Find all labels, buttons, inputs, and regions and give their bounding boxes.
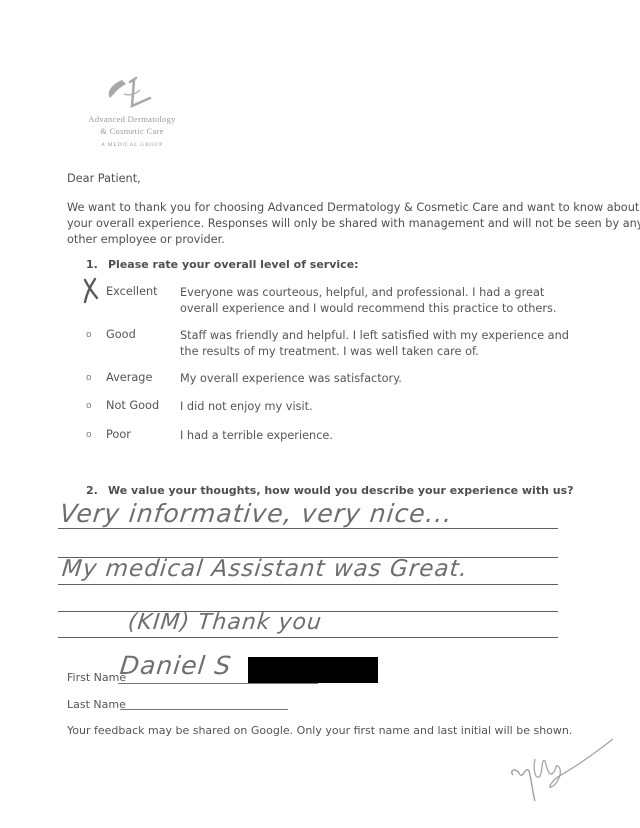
handwritten-response-line[interactable]: Very informative, very nice...: [58, 499, 454, 528]
stylized-figure-logo-icon: [100, 76, 160, 114]
option-not-good-label[interactable]: Not Good: [106, 399, 159, 412]
question-text: We value your thoughts, how would you de…: [108, 484, 574, 497]
last-name-label: Last Name: [67, 698, 126, 711]
option-excellent-label[interactable]: Excellent: [106, 285, 158, 298]
handwritten-x-mark-icon[interactable]: [80, 276, 102, 304]
letterhead-line1: Advanced Dermatology: [72, 114, 192, 124]
greeting: Dear Patient,: [67, 171, 141, 186]
option-good-desc: Staff was friendly and helpful. I left s…: [180, 328, 569, 359]
option-average-desc: My overall experience was satisfactory.: [180, 371, 402, 387]
option-good-radio[interactable]: o: [86, 330, 92, 340]
intro-line: other employee or provider.: [67, 232, 640, 248]
writing-line: [58, 528, 558, 529]
option-poor-desc: I had a terrible experience.: [180, 428, 333, 444]
handwritten-response-line[interactable]: My medical Assistant was Great.: [61, 556, 470, 582]
writing-line: [58, 584, 558, 585]
intro-paragraph: We want to thank you for choosing Advanc…: [67, 200, 640, 248]
option-not-good-radio[interactable]: o: [86, 401, 92, 411]
option-good-label[interactable]: Good: [106, 328, 136, 341]
question-2: 2.We value your thoughts, how would you …: [86, 484, 574, 497]
letterhead-line3: A MEDICAL GROUP: [72, 142, 192, 148]
first-name-field[interactable]: Daniel S: [118, 651, 233, 680]
intro-line: We want to thank you for choosing Advanc…: [67, 200, 640, 216]
option-poor-radio[interactable]: o: [86, 430, 92, 440]
intro-line: your overall experience. Responses will …: [67, 216, 640, 232]
question-number: 1.: [86, 258, 108, 271]
handwritten-signature-icon: [505, 735, 625, 815]
writing-line: [58, 637, 558, 638]
option-not-good-desc: I did not enjoy my visit.: [180, 399, 313, 415]
handwritten-response-line[interactable]: (KIM) Thank you: [127, 610, 324, 635]
footer-note: Your feedback may be shared on Google. O…: [67, 724, 572, 737]
question-text: Please rate your overall level of servic…: [108, 258, 359, 271]
option-poor-label[interactable]: Poor: [106, 428, 131, 441]
question-number: 2.: [86, 484, 108, 497]
option-excellent-desc: Everyone was courteous, helpful, and pro…: [180, 285, 557, 316]
option-average-label[interactable]: Average: [106, 371, 152, 384]
question-1: 1.Please rate your overall level of serv…: [86, 258, 359, 271]
option-average-radio[interactable]: o: [86, 373, 92, 383]
first-name-line: [118, 683, 318, 684]
last-name-field[interactable]: [120, 709, 288, 710]
redaction-box: [248, 657, 378, 683]
letterhead-line2: & Cosmetic Care: [72, 126, 192, 136]
